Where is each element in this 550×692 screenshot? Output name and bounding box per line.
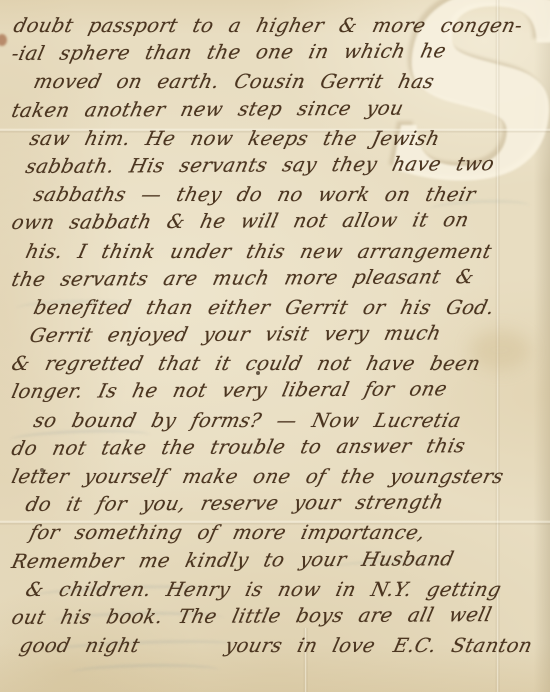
letter-line: sabbath. His servants say they have two xyxy=(23,150,550,181)
letter-line: out his book. The little boys are all we… xyxy=(9,601,550,632)
signature: E.C. Stanton xyxy=(390,632,535,660)
letter-line: his. I think under this new arrangement xyxy=(23,238,550,266)
letter-line: letter yourself make one of the youngste… xyxy=(9,463,550,491)
letter-line: -ial sphere than the one in which he xyxy=(9,37,550,68)
letter-line: longer. Is he not very liberal for one xyxy=(9,375,550,406)
letter-line: & children. Henry is now in N.Y. getting xyxy=(23,576,550,604)
letter-line: moved on earth. Cousin Gerrit has xyxy=(31,68,550,96)
letter-line: & regretted that it could not have been xyxy=(9,350,550,378)
letter-body: doubt passport to a higher & more congen… xyxy=(12,12,546,660)
letter-line: benefited than either Gerrit or his God. xyxy=(31,294,550,322)
letter-line: sabbaths — they do no work on their xyxy=(31,181,550,209)
paper-stain xyxy=(0,34,7,46)
closing-goodnight: good night xyxy=(17,632,143,660)
letter-page: S doubt passport to a higher & more cong… xyxy=(0,0,550,692)
letter-line: own sabbath & he will not allow it on xyxy=(9,206,550,237)
letter-lines: doubt passport to a higher & more congen… xyxy=(12,12,546,632)
letter-line: taken another new step since you xyxy=(9,93,550,124)
letter-line: so bound by forms? — Now Lucretia xyxy=(31,407,550,435)
letter-line: doubt passport to a higher & more congen… xyxy=(11,12,550,40)
letter-line: for something of more importance, xyxy=(27,519,550,547)
letter-line: saw him. He now keeps the Jewish xyxy=(27,125,550,153)
ink-bleedthrough xyxy=(70,663,220,681)
letter-line: Remember me kindly to your Husband xyxy=(9,544,550,575)
letter-line: do it for you, reserve your strength xyxy=(23,488,550,519)
letter-line: Gerrit enjoyed your visit very much xyxy=(27,319,550,350)
letter-line: the servants are much more pleasant & xyxy=(9,262,550,293)
letter-closing: good night yours in love E.C. Stanton xyxy=(17,632,550,660)
closing-valediction: yours in love xyxy=(222,632,378,660)
letter-line: do not take the trouble to answer this xyxy=(9,432,550,463)
